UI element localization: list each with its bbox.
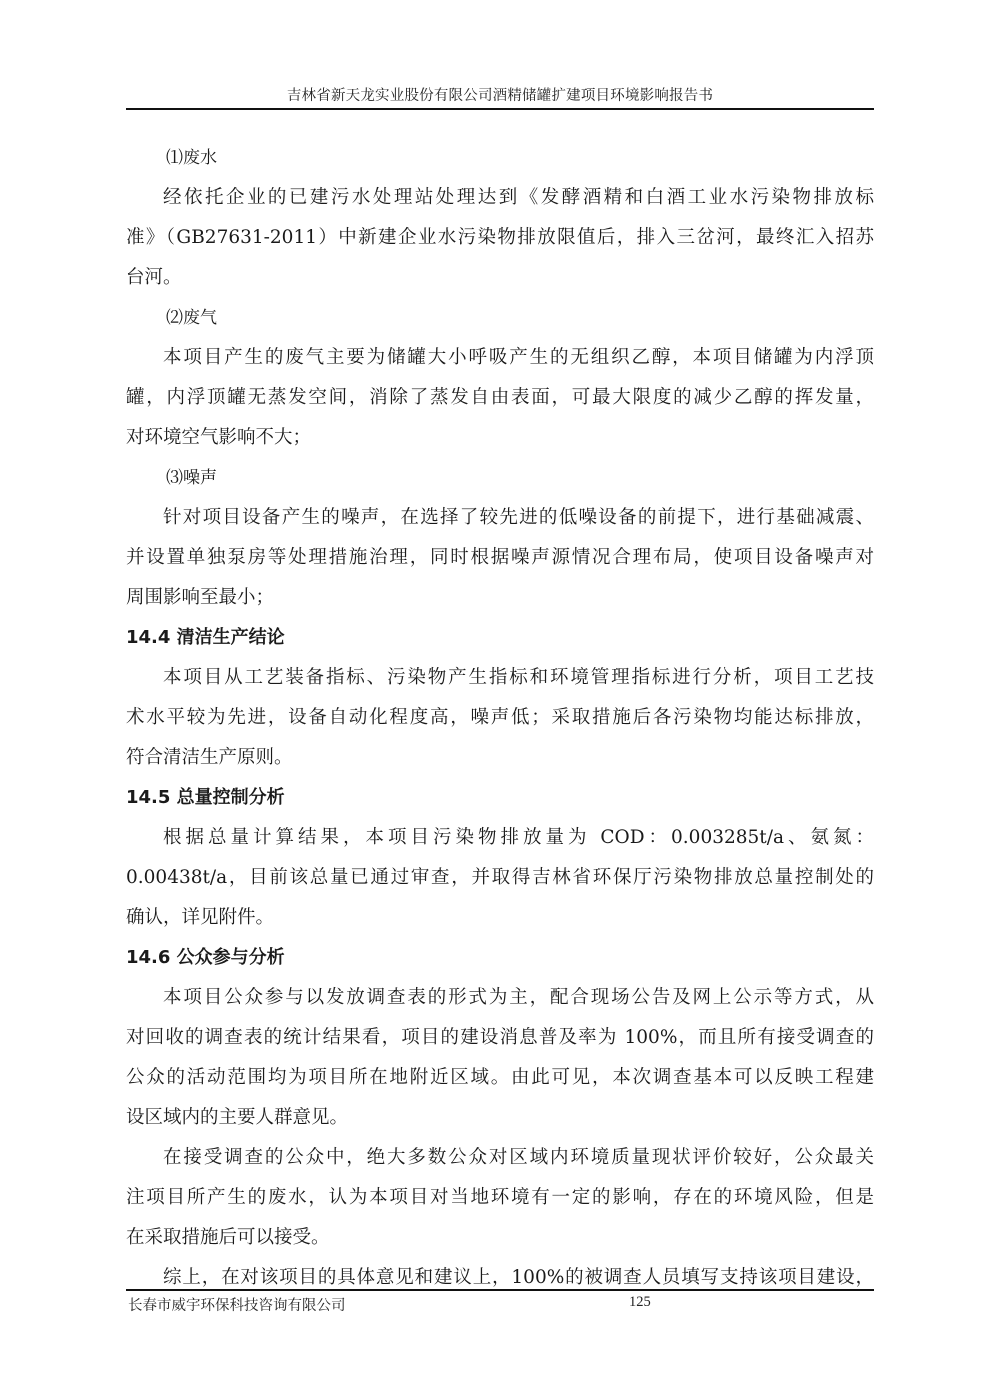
text-line: 符合清洁生产原则。: [126, 738, 874, 778]
page-number: 125: [629, 1294, 651, 1311]
footer-company: 长春市威宇环保科技咨询有限公司: [128, 1294, 346, 1315]
page-body: ⑴废水 经依托企业的已建污水处理站处理达到《发酵酒精和白酒工业水污染物排放标 准…: [126, 138, 874, 1298]
subheading-exhaust: ⑵废气: [126, 298, 874, 338]
text-line: 对回收的调查表的统计结果看，项目的建设消息普及率为 100%，而且所有接受调查的: [126, 1018, 874, 1058]
section-title-14-6: 14.6 公众参与分析: [126, 938, 874, 978]
text-line: 根据总量计算结果，本项目污染物排放量为 COD：0.003285t/a、氨氮：: [126, 818, 874, 858]
text-line: 综上，在对该项目的具体意见和建议上，100%的被调查人员填写支持该项目建设，: [126, 1258, 874, 1298]
text-line: 设区域内的主要人群意见。: [126, 1098, 874, 1138]
text-line: 准》（GB27631-2011）中新建企业水污染物排放限值后，排入三岔河，最终汇…: [126, 218, 874, 258]
section-title-14-4: 14.4 清洁生产结论: [126, 618, 874, 658]
text-line: 针对项目设备产生的噪声，在选择了较先进的低噪设备的前提下，进行基础减震、: [126, 498, 874, 538]
text-line: 经依托企业的已建污水处理站处理达到《发酵酒精和白酒工业水污染物排放标: [126, 178, 874, 218]
text-line: 对环境空气影响不大；: [126, 418, 874, 458]
text-line: 周围影响至最小；: [126, 578, 874, 618]
text-line: 在采取措施后可以接受。: [126, 1218, 874, 1258]
section-title-14-5: 14.5 总量控制分析: [126, 778, 874, 818]
text-line: 本项目从工艺装备指标、污染物产生指标和环境管理指标进行分析，项目工艺技: [126, 658, 874, 698]
running-header: 吉林省新天龙实业股份有限公司酒精储罐扩建项目环境影响报告书: [126, 84, 874, 105]
text-line: 罐，内浮顶罐无蒸发空间，消除了蒸发自由表面，可最大限度的减少乙醇的挥发量，: [126, 378, 874, 418]
text-line: 在接受调查的公众中，绝大多数公众对区域内环境质量现状评价较好，公众最关: [126, 1138, 874, 1178]
subheading-wastewater: ⑴废水: [126, 138, 874, 178]
text-line: 术水平较为先进，设备自动化程度高，噪声低；采取措施后各污染物均能达标排放，: [126, 698, 874, 738]
text-line: 台河。: [126, 258, 874, 298]
text-line: 确认，详见附件。: [126, 898, 874, 938]
text-line: 公众的活动范围均为项目所在地附近区域。由此可见，本次调查基本可以反映工程建: [126, 1058, 874, 1098]
text-line: 本项目产生的废气主要为储罐大小呼吸产生的无组织乙醇，本项目储罐为内浮顶: [126, 338, 874, 378]
header-divider: [126, 108, 874, 110]
text-line: 并设置单独泵房等处理措施治理，同时根据噪声源情况合理布局，使项目设备噪声对: [126, 538, 874, 578]
text-line: 本项目公众参与以发放调查表的形式为主，配合现场公告及网上公示等方式，从: [126, 978, 874, 1018]
subheading-noise: ⑶噪声: [126, 458, 874, 498]
footer-divider: [126, 1289, 874, 1291]
text-line: 注项目所产生的废水，认为本项目对当地环境有一定的影响，存在的环境风险，但是: [126, 1178, 874, 1218]
text-line: 0.00438t/a，目前该总量已通过审查，并取得吉林省环保厅污染物排放总量控制…: [126, 858, 874, 898]
